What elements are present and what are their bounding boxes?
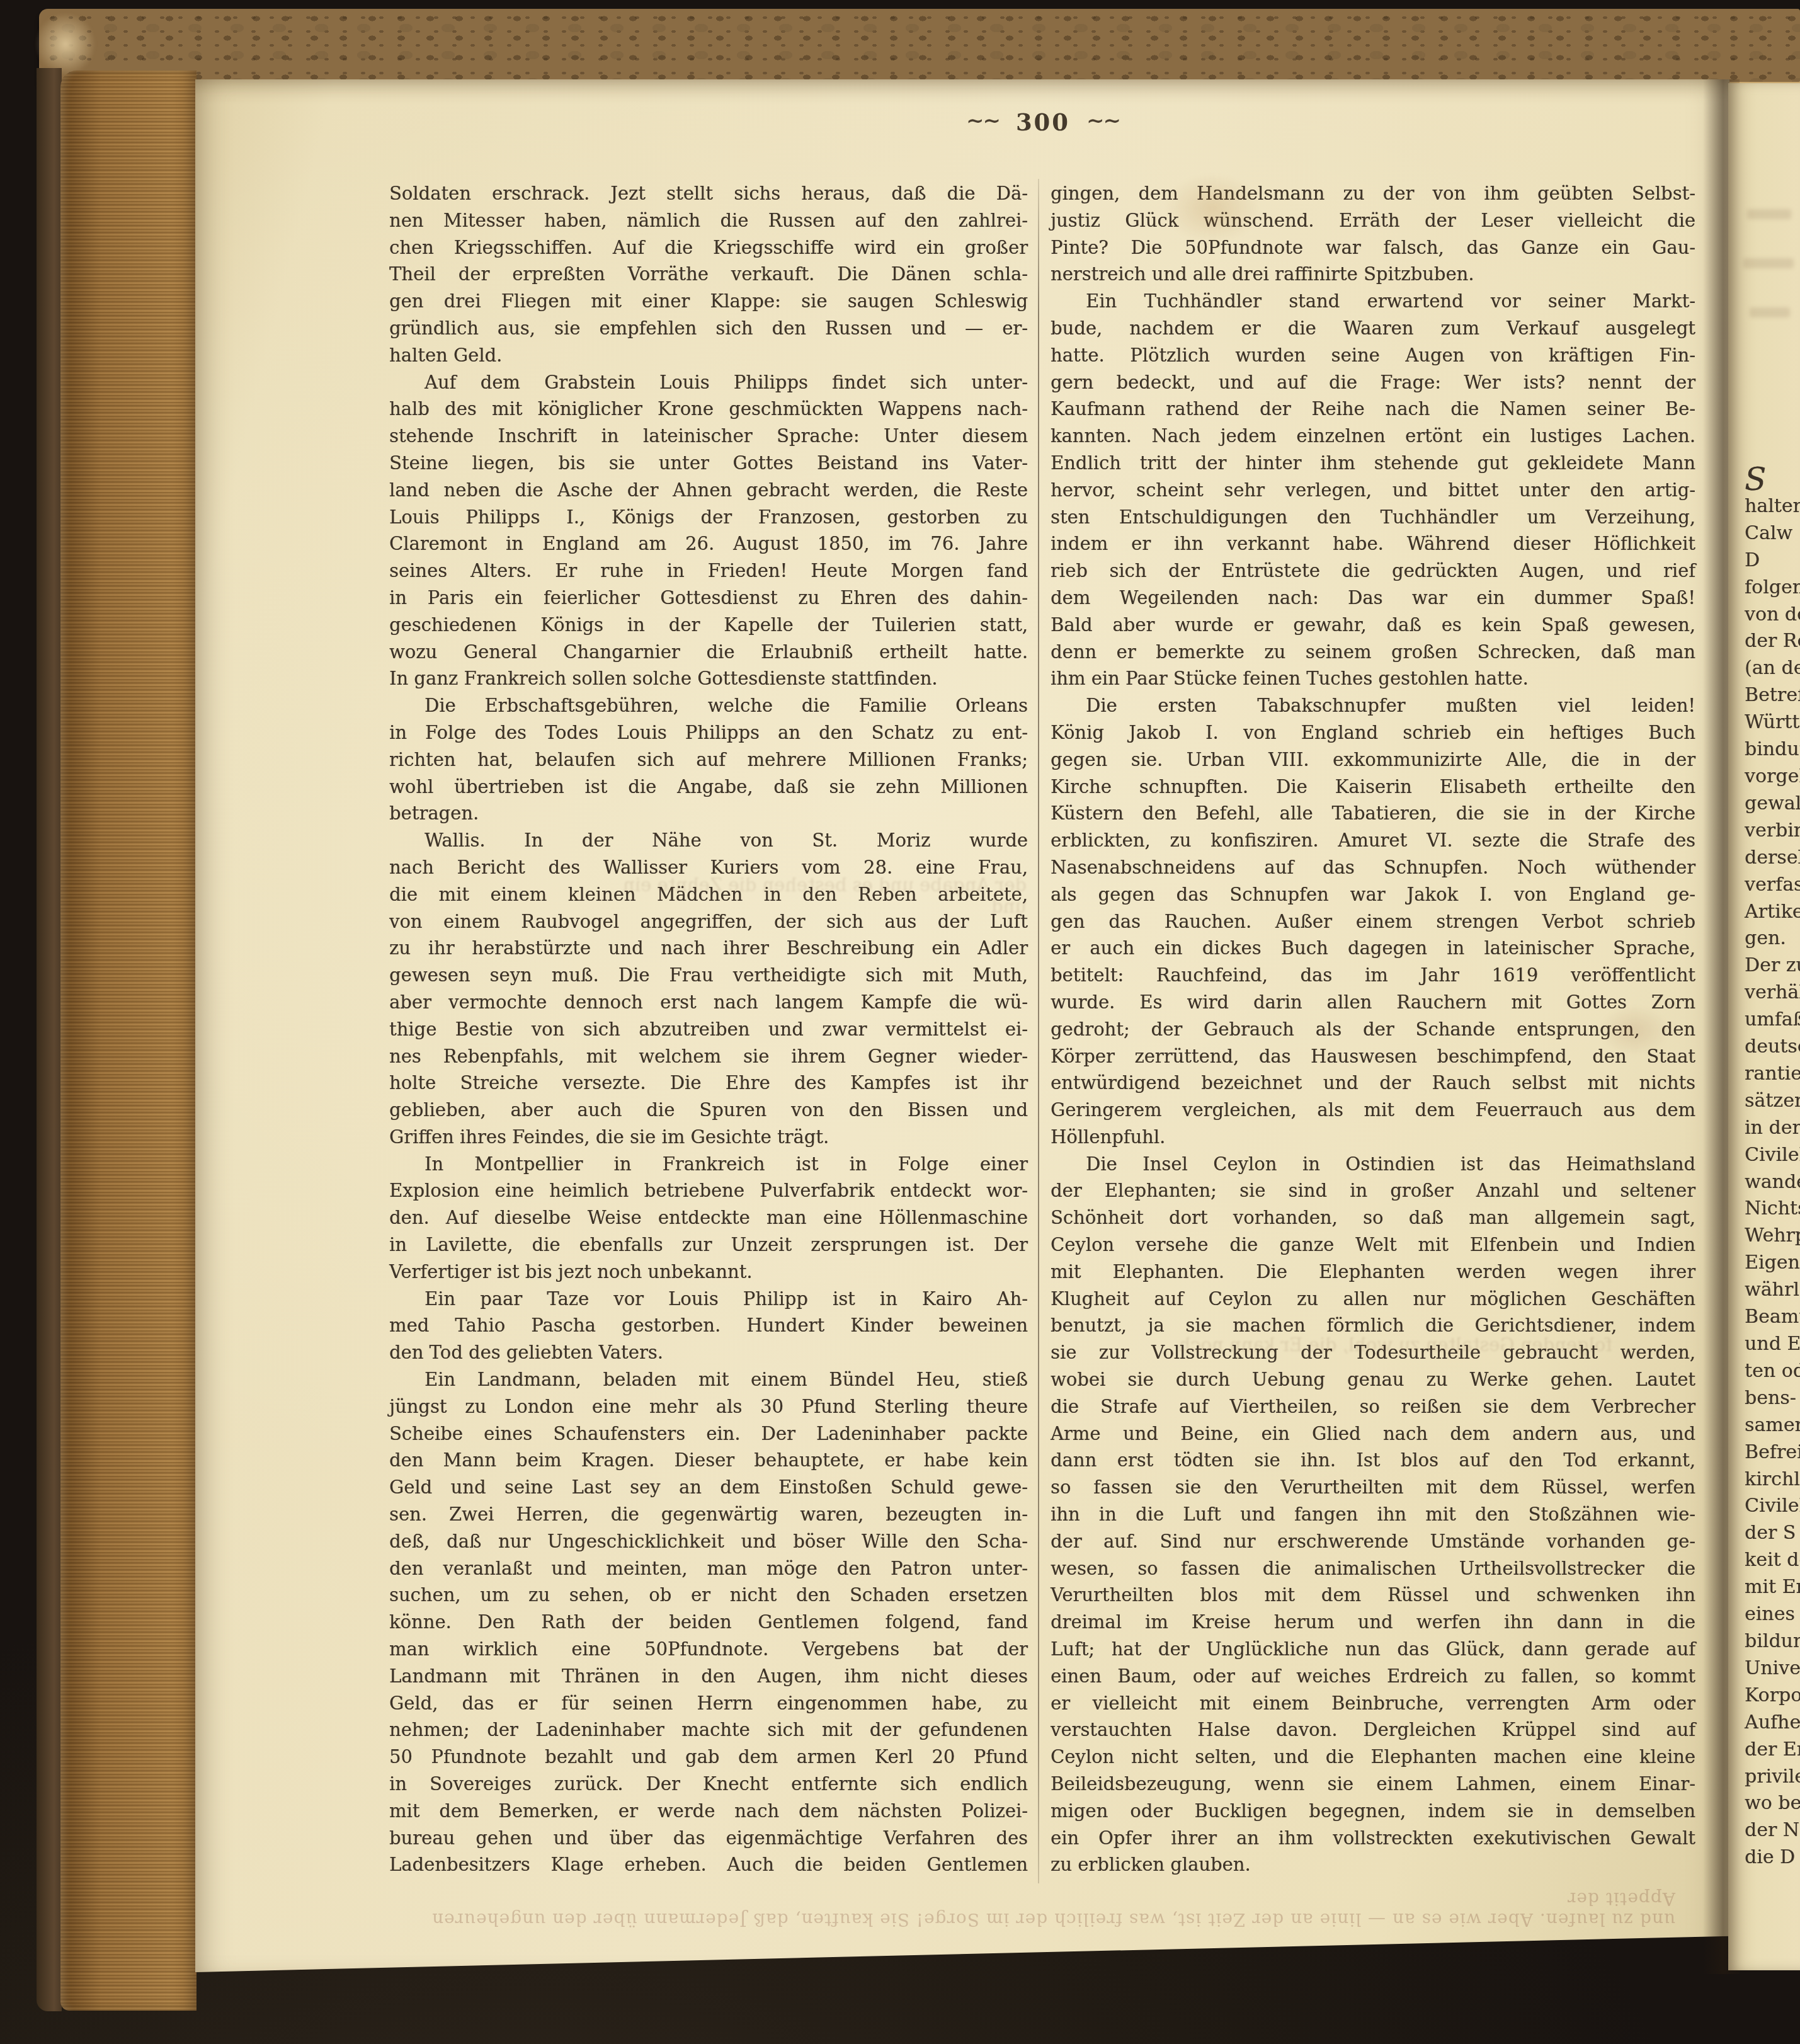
text-line: hatte. Plötzlich wurden seine Augen von … [1051,342,1695,369]
text-line: Die ersten Tabakschnupfer mußten viel le… [1051,692,1695,719]
text-line: Nasenabschneidens auf das Schnupfen. Noc… [1051,854,1695,881]
text-line: geschiedenen Königs in der Kapelle der T… [389,612,1028,639]
next-page-text-fragment: D [1745,547,1800,574]
page-number: 300 [1016,108,1070,136]
text-line: nen Mitesser haben, nämlich die Russen a… [389,207,1028,234]
text-line: mit dem Bemerken, er werde nach dem näch… [389,1798,1028,1825]
text-line: wesen, so fassen die animalischen Urthei… [1051,1555,1695,1582]
text-line: deß, daß nur Ungeschicklichkeit und böse… [389,1528,1028,1555]
text-line: Explosion eine heimlich betriebene Pulve… [389,1177,1028,1204]
text-line: der auf. Sind nur erschwerende Umstände … [1051,1528,1695,1555]
next-page-text-fragment: währle [1745,1277,1800,1304]
next-page-text-fragment: der N [1745,1817,1800,1844]
text-line: Claremont in England am 26. August 1850,… [389,530,1028,557]
next-page-text-fragment: wander [1745,1169,1800,1196]
text-line: bude, nachdem er die Waaren zum Verkauf … [1051,315,1695,342]
text-line: halten Geld. [389,342,1028,369]
text-line: gegen sie. Urban VIII. exkommunizirte Al… [1051,746,1695,774]
text-line: er auch ein dickes Buch dagegen in latei… [1051,935,1695,962]
text-line: den Mann beim Kragen. Dieser behauptete,… [389,1447,1028,1474]
text-line: gründlich aus, sie empfehlen sich den Ru… [389,315,1028,342]
text-line: suchen, um zu sehen, ob er nicht den Sch… [389,1582,1028,1609]
text-line: migen oder Buckligen begegnen, indem sie… [1051,1798,1695,1825]
next-page-text-fragment: von de [1745,602,1800,629]
next-page-text-fragment: Nichtst [1745,1196,1800,1223]
next-page-text-fragment: verbind [1745,818,1800,845]
next-page-text-fragment: bens- [1745,1385,1800,1412]
text-line: Kirche schnupften. Die Kaiserin Elisabet… [1051,774,1695,801]
next-page-text-fragment: rantien [1745,1061,1800,1088]
text-line: halb des mit königlicher Krone geschmück… [389,396,1028,423]
next-page-text-fragment: bindung [1745,736,1800,763]
cover-corner-wear [35,13,96,76]
text-line: Ladenbesitzers Klage erheben. Auch die b… [389,1851,1028,1878]
text-line: wohl übertrieben ist die Angabe, daß sie… [389,774,1028,801]
book-cover-top-edge [39,9,1800,82]
text-line: mit Elephanten. Die Elephanten werden we… [1051,1259,1695,1286]
text-line: zu erblicken glauben. [1051,1851,1695,1878]
text-line: in Sovereiges zurück. Der Knecht entfern… [389,1771,1028,1798]
text-line: Bald aber wurde er gewahr, daß es kein S… [1051,612,1695,639]
text-line: Landmann mit Thränen in den Augen, ihm n… [389,1663,1028,1690]
text-line: kannten. Nach jedem einzelnen ertönt ein… [1051,423,1695,450]
text-line: betitelt: Rauchfeind, das im Jahr 1619 v… [1051,962,1695,989]
text-line: gedroht; der Gebrauch als der Schande en… [1051,1016,1695,1043]
text-line: bureau gehen und über das eigenmächtige … [389,1825,1028,1852]
next-page-sliver: ShalterCalwDfolgendvon deder Re(an deBet… [1728,83,1800,1970]
next-page-text-fragments: ShalterCalwDfolgendvon deder Re(an deBet… [1745,466,1800,1871]
next-page-text-fragment: Eigent [1745,1250,1800,1277]
text-column-right: gingen, dem Handelsmann zu der von ihm g… [1051,180,1695,1878]
next-page-text-fragment: und E [1745,1331,1800,1358]
text-line: Steine liegen, bis sie unter Gottes Beis… [389,450,1028,477]
column-divider-rule [1038,179,1039,1883]
text-line: Kaufmann rathend der Reihe nach die Name… [1051,396,1695,423]
next-page-text-fragment: Calw [1745,520,1800,547]
text-line: jüngst zu London eine mehr als 30 Pfund … [389,1393,1028,1420]
bleed-through-inverted-line: und zu laufen. Aber wie es an — linie an… [409,1888,1675,1930]
text-line: einen Baum, oder auf weiches Erdreich zu… [1051,1663,1695,1690]
next-page-text-fragment: Civileh [1745,1493,1800,1520]
faint-text-smudge [1743,258,1794,268]
text-line: von einem Raubvogel angegriffen, der sic… [389,908,1028,935]
text-line: Klugheit auf Ceylon zu allen nur möglich… [1051,1286,1695,1313]
text-line: der Elephanten; sie sind in großer Anzah… [1051,1177,1695,1204]
text-line: verstauchten Halse davon. Dergleichen Kr… [1051,1716,1695,1744]
text-line: nach Bericht des Wallisser Kuriers vom 2… [389,854,1028,881]
text-line: denn er bemerkte zu seinem großen Schrec… [1051,639,1695,666]
next-page-text-fragment: kirchlich [1745,1466,1800,1493]
text-line: 50 Pfundnote bezahlt und gab dem armen K… [389,1744,1028,1771]
next-page-text-fragment: Civileh [1745,1142,1800,1169]
faint-text-smudge [1747,209,1791,219]
next-page-text-fragment: vorgeh [1745,763,1800,791]
next-page-text-fragment: bildung [1745,1628,1800,1655]
text-line: Griffen ihres Feindes, die sie im Gesich… [389,1124,1028,1151]
header-ornament-left: ∼∼ [950,108,1016,134]
next-page-text-fragment: Befrei [1745,1439,1800,1466]
text-column-left: Soldaten erschrack. Jezt stellt sichs he… [389,180,1028,1878]
next-page-text-fragment: Artikel [1745,899,1800,926]
text-line: könne. Den Rath der beiden Gentlemen fol… [389,1609,1028,1636]
text-line: nehmen; der Ladeninhaber machte sich mit… [389,1716,1028,1744]
text-line: ein Opfer ihrer an ihm vollstreckten exe… [1051,1825,1695,1852]
text-line: In Montpellier in Frankreich ist in Folg… [389,1151,1028,1178]
text-line: gen drei Fliegen mit einer Klappe: sie s… [389,288,1028,315]
text-line: Ein Tuchhändler stand erwartend vor sein… [1051,288,1695,315]
text-line: Ein Landmann, beladen mit einem Bündel H… [389,1366,1028,1393]
text-line: als gegen das Schnupfen war Jakok I. von… [1051,881,1695,908]
next-page-text-fragment: der Er [1745,1737,1800,1764]
text-line: seines Alters. Er ruhe in Frieden! Heute… [389,557,1028,585]
text-line: in Paris ein feierlicher Gottesdienst zu… [389,585,1028,612]
page-header: ∼∼300∼∼ [390,108,1695,136]
next-page-text-fragment: Aufheb [1745,1710,1800,1737]
text-line: so fassen sie den Verurtheilten mit dem … [1051,1474,1695,1501]
text-line: holte Streiche versezte. Die Ehre des Ka… [389,1070,1028,1097]
next-page-text-fragment: der Re [1745,628,1800,655]
next-page-text-fragment: mit Er [1745,1574,1800,1601]
book-cover-left-edge [37,68,62,2011]
next-page-text-fragment: sätzen [1745,1088,1800,1115]
text-line: betragen. [389,800,1028,827]
next-page-text-fragment: verhäl [1745,979,1800,1007]
text-line: ihm ein Paar Stücke feinen Tuches gestoh… [1051,665,1695,692]
next-page-text-fragment: die D [1745,1844,1800,1871]
next-page-text-fragment: gewalt [1745,791,1800,818]
next-page-text-fragment: keit der [1745,1547,1800,1574]
text-line: Verurtheilten blos mit dem Rüssel und sc… [1051,1582,1695,1609]
text-line: den Tod des geliebten Vaters. [389,1339,1028,1366]
text-line: in Lavilette, die ebenfalls zur Unzeit z… [389,1231,1028,1259]
text-line: in Folge des Todes Louis Philipps an den… [389,719,1028,746]
text-line: Körper zerrüttend, das Hauswesen beschim… [1051,1043,1695,1070]
text-line: Verfertiger ist bis jezt noch unbekannt. [389,1259,1028,1286]
text-line: indem er ihn verkannt habe. Während dies… [1051,530,1695,557]
text-line: Endlich tritt der hinter ihm stehende gu… [1051,450,1695,477]
next-page-text-fragment: verfass [1745,872,1800,899]
text-line: Auf dem Grabstein Louis Philipps findet … [389,369,1028,396]
text-line: Ceylon nicht selten, und die Elephanten … [1051,1744,1695,1771]
book-scan: ∼∼300∼∼ Soldaten erschrack. Jezt stellt … [0,0,1800,2044]
next-page-text-fragment: eines [1745,1601,1800,1628]
text-line: man wirklich eine 50Pfundnote. Vergebens… [389,1636,1028,1663]
next-page-text-fragment: halter [1745,493,1800,520]
text-line: sten Entschuldigungen den Tuchhändler um… [1051,504,1695,531]
text-line: zu ihr herabstürzte und nach ihrer Besch… [389,935,1028,962]
next-page-text-fragment: Der zu [1745,952,1800,979]
text-line: aber vermochte dennoch erst nach langem … [389,989,1028,1016]
next-page-text-fragment: folgend [1745,574,1800,602]
text-line: Louis Philipps I., Königs der Franzosen,… [389,504,1028,531]
text-line: Pinte? Die 50Pfundnote war falsch, das G… [1051,234,1695,261]
text-line: Arme und Beine, ein Glied nach dem ander… [1051,1420,1695,1447]
next-page-text-fragment: derselb [1745,845,1800,872]
header-ornament-right: ∼∼ [1070,108,1136,134]
text-line: König Jakob I. von England schrieb ein h… [1051,719,1695,746]
book-page: ∼∼300∼∼ Soldaten erschrack. Jezt stellt … [195,79,1729,1978]
next-page-text-fragment: Wehrp [1745,1223,1800,1250]
text-line: Höllenpfuhl. [1051,1124,1695,1151]
text-line: die mit einem kleinen Mädchen in den Reb… [389,881,1028,908]
text-line: hervor, scheint sehr verlegen, und bitte… [1051,477,1695,504]
text-line: gingen, dem Handelsmann zu der von ihm g… [1051,180,1695,207]
next-page-text-fragment: ten od [1745,1358,1800,1385]
text-line: Die Erbschaftsgebühren, welche die Famil… [389,692,1028,719]
next-page-text-fragment: Korpo [1745,1682,1800,1710]
text-line: Scheibe eines Schaufensters ein. Der Lad… [389,1420,1028,1447]
text-line: In ganz Frankreich sollen solche Gottesd… [389,665,1028,692]
text-line: wurde. Es wird darin allen Rauchern mit … [1051,989,1695,1016]
text-line: Ceylon versehe die ganze Welt mit Elfenb… [1051,1231,1695,1259]
next-page-text-fragment: der S [1745,1520,1800,1547]
text-line: sie zur Vollstreckung der Todesurtheile … [1051,1339,1695,1366]
text-line: nerstreich und alle drei raffinirte Spit… [1051,261,1695,288]
next-page-text-fragment: in der [1745,1115,1800,1142]
text-line: Die Insel Ceylon in Ostindien ist das He… [1051,1151,1695,1178]
text-line: Ein paar Taze vor Louis Philipp ist in K… [389,1286,1028,1313]
text-line: Küstern den Befehl, alle Tabatieren, die… [1051,800,1695,827]
text-line: dreimal im Kreise herum und werfen ihn d… [1051,1609,1695,1636]
text-line: dem Wegeilenden nach: Das war ein dummer… [1051,585,1695,612]
text-line: dann erst tödten sie ihn. Ist blos auf d… [1051,1447,1695,1474]
text-line: er vielleicht mit einem Beinbruche, verr… [1051,1690,1695,1717]
text-line: erblickten, zu konfisziren. Amuret VI. s… [1051,827,1695,854]
text-line: die Strafe auf Viertheilen, so reißen si… [1051,1393,1695,1420]
text-line: gen das Rauchen. Außer einem strengen Ve… [1051,908,1695,935]
text-line: richten hat, belaufen sich auf mehrere M… [389,746,1028,774]
text-line: geblieben, aber auch die Spuren von den … [389,1097,1028,1124]
text-line: thige Bestie von sich abzutreiben und zw… [389,1016,1028,1043]
next-page-text-fragment: Univer [1745,1655,1800,1682]
text-line: wobei sie durch Uebung genau zu Werke ge… [1051,1366,1695,1393]
text-line: Beileidsbezeugung, wenn sie einem Lahmen… [1051,1771,1695,1798]
next-page-text-fragment: umfaß [1745,1007,1800,1034]
next-page-text-fragment: Betreff [1745,682,1800,709]
text-line: rieb sich der Entrüstete die gedrückten … [1051,557,1695,585]
text-line: nes Rebenpfahls, mit welchem sie ihrem G… [389,1043,1028,1070]
next-page-text-fragment: deutsch [1745,1034,1800,1061]
text-line: Wallis. In der Nähe von St. Moriz wurde [389,827,1028,854]
text-line: Theil der erpreßten Vorräthe verkauft. D… [389,261,1028,288]
text-line: gewesen seyn muß. Die Frau vertheidigte … [389,962,1028,989]
text-line: ihn in die Luft und fangen ihn mit den S… [1051,1501,1695,1528]
text-line: land neben die Asche der Ahnen gebracht … [389,477,1028,504]
text-line: entwürdigend bezeichnet und der Rauch se… [1051,1070,1695,1097]
text-line: justiz Glück wünschend. Erräth der Leser… [1051,207,1695,234]
text-line: Geld, das er für seinen Herrn eingenomme… [389,1690,1028,1717]
next-page-text-fragment: Württe [1745,709,1800,736]
next-page-text-fragment: samen [1745,1412,1800,1439]
next-page-text-fragment: privile [1745,1764,1800,1791]
text-line: sen. Zwei Herren, die gegenwärtig waren,… [389,1501,1028,1528]
text-line: Schönheit dort vorhanden, so daß man all… [1051,1204,1695,1231]
text-line: den veranlaßt und meinten, man möge den … [389,1555,1028,1582]
text-line: Soldaten erschrack. Jezt stellt sichs he… [389,180,1028,207]
text-line: gern bedeckt, und auf die Frage: Wer ist… [1051,369,1695,396]
text-line: den. Auf dieselbe Weise entdeckte man ei… [389,1204,1028,1231]
text-line: wozu General Changarnier die Erlaubniß e… [389,639,1028,666]
text-line: med Tahio Pascha gestorben. Hundert Kind… [389,1312,1028,1339]
text-line: stehende Inschrift in lateinischer Sprac… [389,423,1028,450]
next-page-text-fragment: Beamt [1745,1304,1800,1331]
text-line: Geringerem vergleichen, als mit dem Feue… [1051,1097,1695,1124]
text-line: Luft; hat der Unglückliche nun das Glück… [1051,1636,1695,1663]
text-line: chen Kriegsschiffen. Auf die Kriegsschif… [389,234,1028,261]
page-stack-fore-edge [60,71,197,2011]
next-page-text-fragment: wo bes [1745,1790,1800,1817]
faint-text-smudge [1750,307,1790,317]
next-page-text-fragment: gen. [1745,925,1800,952]
next-page-text-fragment: (an de [1745,655,1800,682]
text-line: Geld und seine Last sey an dem Einstoßen… [389,1474,1028,1501]
text-line: benutzt, ja sie machen förmlich die Geri… [1051,1312,1695,1339]
next-page-text-fragment: S [1745,466,1800,493]
